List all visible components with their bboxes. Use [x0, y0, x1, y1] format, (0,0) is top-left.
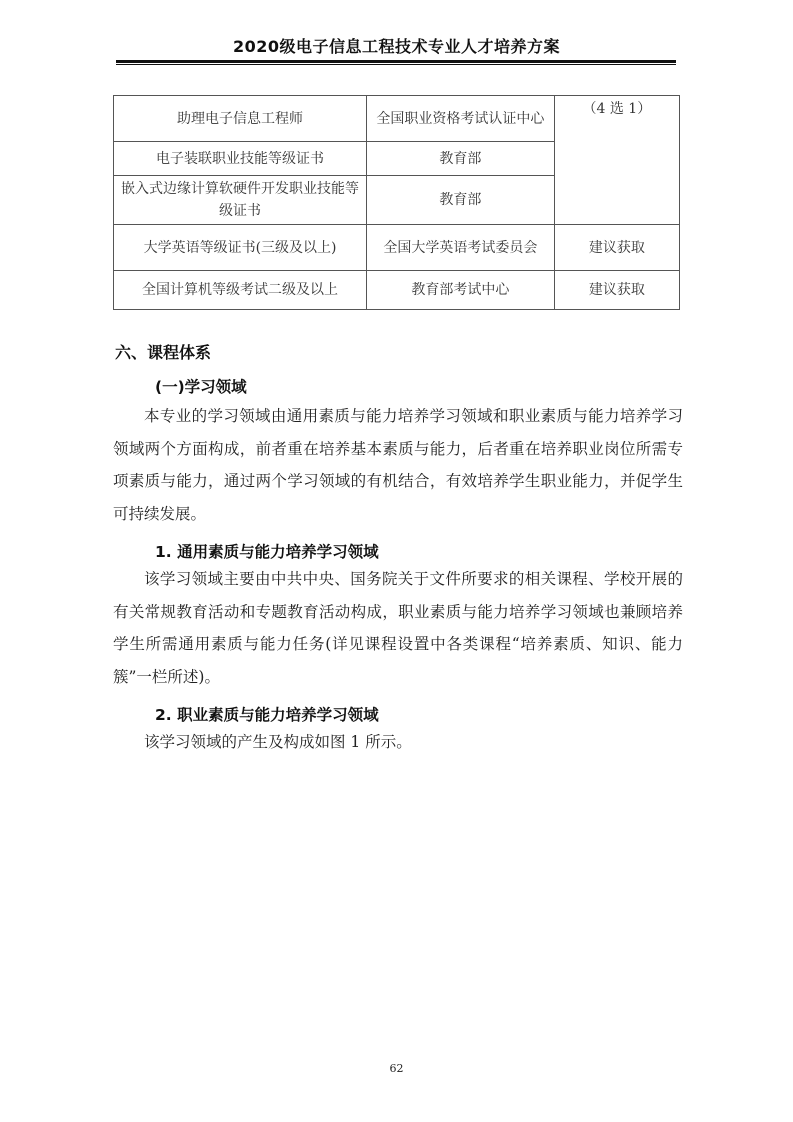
- header-rule-thick: [116, 60, 676, 63]
- intro-paragraph-block: 本专业的学习领域由通用素质与能力培养学习领域和职业素质与能力培养学习领域两个方面…: [113, 400, 683, 530]
- item-paragraph-block-1: 该学习领域主要由中共中央、国务院关于文件所要求的相关课程、学校开展的有关常规教育…: [113, 563, 683, 693]
- cert-note-cell: （4 选 1）: [554, 96, 679, 225]
- table-row: 全国计算机等级考试二级及以上 教育部考试中心 建议获取: [114, 271, 680, 310]
- intro-paragraph: 本专业的学习领域由通用素质与能力培养学习领域和职业素质与能力培养学习领域两个方面…: [113, 400, 683, 530]
- item-paragraph-block-2: 该学习领域的产生及构成如图 1 所示。: [113, 726, 683, 759]
- item-heading-2: 2. 职业素质与能力培养学习领域: [155, 703, 379, 725]
- document-header-title: 2020级电子信息工程技术专业人才培养方案: [0, 34, 793, 57]
- cert-issuer-cell: 教育部: [367, 176, 555, 225]
- cert-issuer-cell: 教育部: [367, 142, 555, 176]
- item-heading-1: 1. 通用素质与能力培养学习领域: [155, 540, 379, 562]
- section-heading: 六、课程体系: [115, 340, 211, 363]
- certificate-table: 助理电子信息工程师 全国职业资格考试认证中心 （4 选 1） 电子装联职业技能等…: [113, 95, 680, 310]
- item-paragraph-2: 该学习领域的产生及构成如图 1 所示。: [113, 726, 683, 759]
- cert-issuer-cell: 全国职业资格考试认证中心: [367, 96, 555, 142]
- cert-issuer-cell: 全国大学英语考试委员会: [367, 225, 555, 271]
- cert-name-cell: 大学英语等级证书(三级及以上): [114, 225, 367, 271]
- table-row: 助理电子信息工程师 全国职业资格考试认证中心 （4 选 1）: [114, 96, 680, 142]
- cert-issuer-cell: 教育部考试中心: [367, 271, 555, 310]
- cert-name-cell: 嵌入式边缘计算软硬件开发职业技能等级证书: [114, 176, 367, 225]
- item-paragraph-1: 该学习领域主要由中共中央、国务院关于文件所要求的相关课程、学校开展的有关常规教育…: [113, 563, 683, 693]
- cert-note-cell: 建议获取: [554, 271, 679, 310]
- header-double-rule: [116, 60, 676, 65]
- cert-name-cell: 电子装联职业技能等级证书: [114, 142, 367, 176]
- table-row: 大学英语等级证书(三级及以上) 全国大学英语考试委员会 建议获取: [114, 225, 680, 271]
- cert-name-cell: 全国计算机等级考试二级及以上: [114, 271, 367, 310]
- cert-note-cell: 建议获取: [554, 225, 679, 271]
- cert-name-cell: 助理电子信息工程师: [114, 96, 367, 142]
- page-number: 62: [0, 1062, 793, 1075]
- subsection-heading: (一)学习领域: [155, 375, 247, 397]
- header-rule-thin: [116, 64, 676, 65]
